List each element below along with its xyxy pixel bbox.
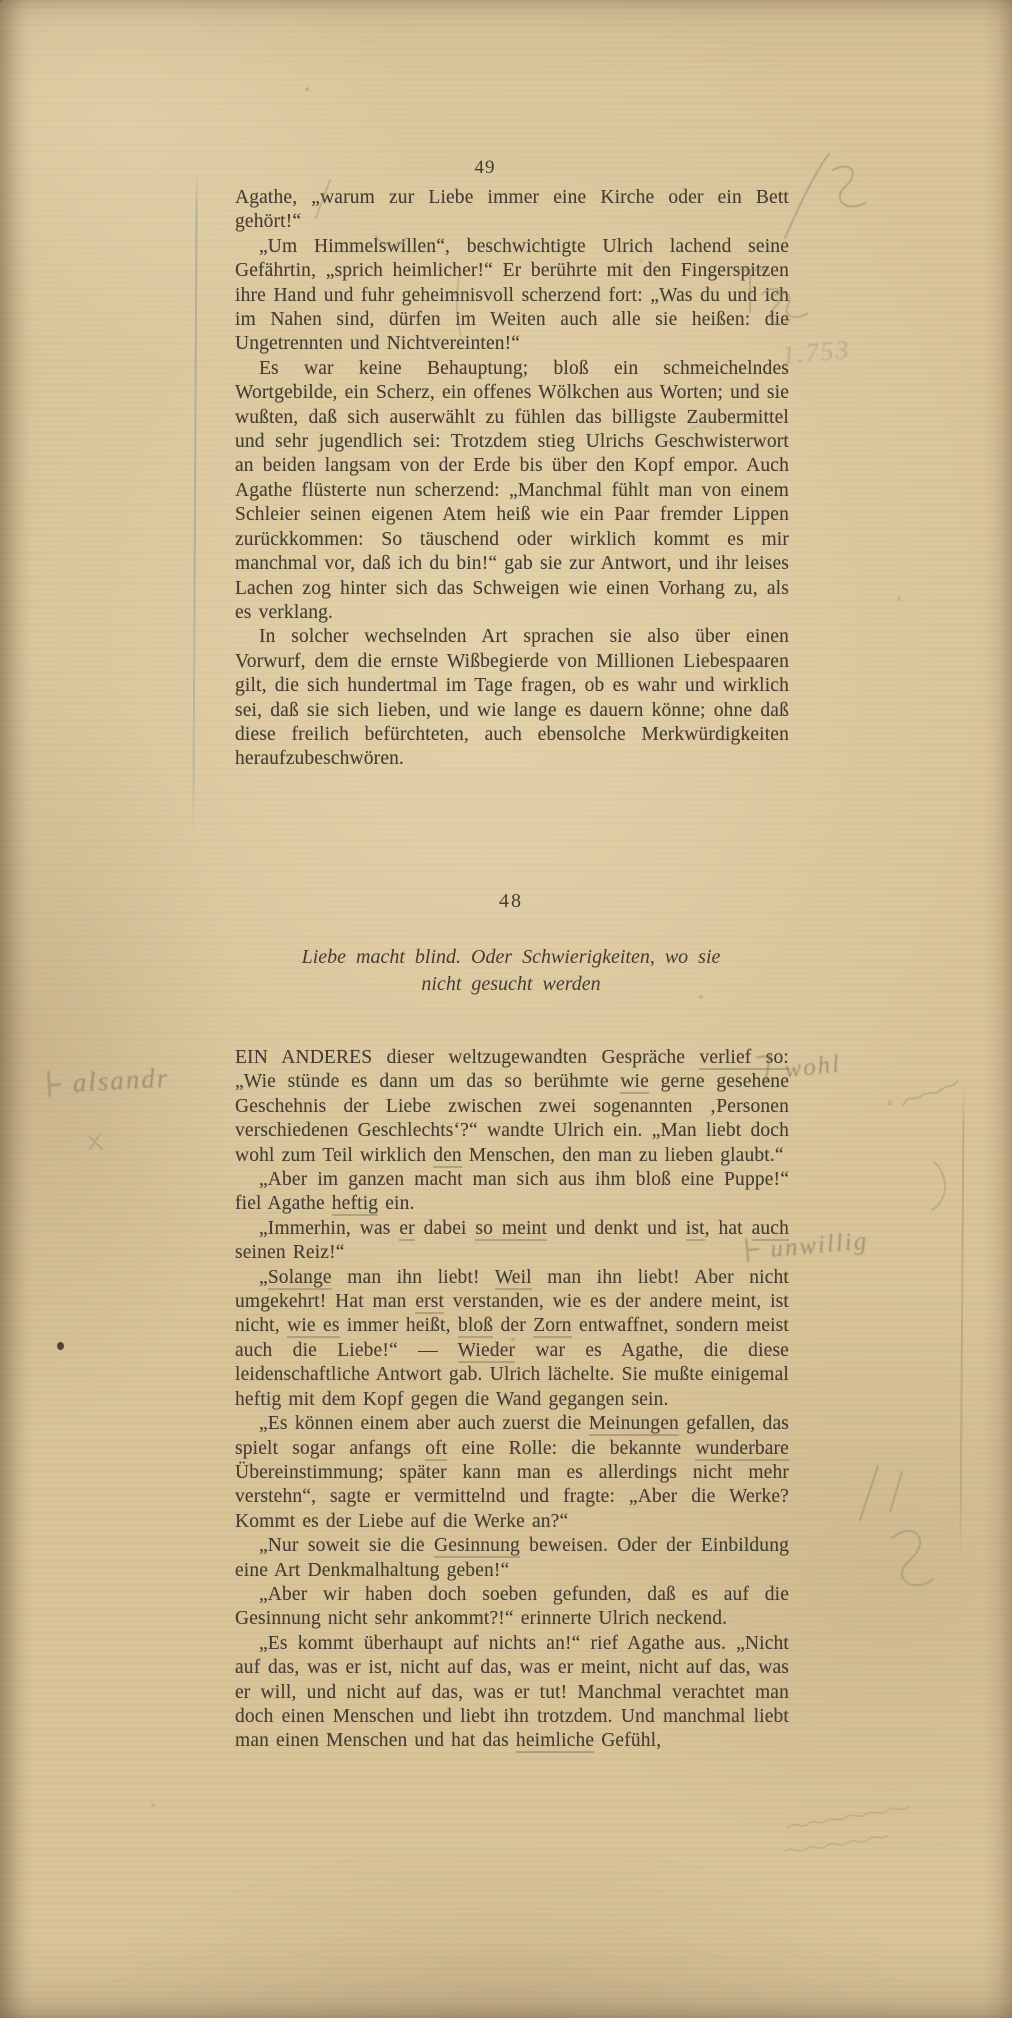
pencil-underline: ist bbox=[686, 1218, 705, 1241]
paragraph: „Nur soweit sie die Gesinnung beweisen. … bbox=[235, 1534, 789, 1583]
paragraph: In solcher wechselnden Art sprachen sie … bbox=[235, 625, 789, 771]
pencil-left-margin-note: alsandr bbox=[43, 1063, 170, 1101]
pencil-faint-dashes bbox=[684, 406, 758, 446]
text-block-chapter: EIN ANDERES dieser weltzugewandten Gespr… bbox=[235, 1046, 789, 1754]
pencil-underline: so meint bbox=[475, 1218, 547, 1241]
pencil-underline: den bbox=[433, 1145, 462, 1168]
pencil-underline: Gesinnung bbox=[434, 1535, 520, 1558]
ink-dot bbox=[57, 1342, 64, 1350]
pencil-underline: er bbox=[399, 1218, 414, 1241]
paragraph: EIN ANDERES dieser weltzugewandten Gespr… bbox=[235, 1046, 789, 1168]
text-run: der bbox=[493, 1315, 533, 1336]
text-run: „Aber im ganzen macht man sich aus ihm b… bbox=[235, 1169, 789, 1214]
pencil-underline: Zorn bbox=[533, 1315, 572, 1338]
pencil-underline: Meinungen bbox=[589, 1413, 679, 1436]
text-run: „Um Himmelswillen“, beschwichtigte Ulric… bbox=[235, 236, 789, 355]
pencil-illegible-note-bottom bbox=[782, 1806, 954, 1878]
text-run: man ihn liebt! bbox=[332, 1267, 495, 1288]
pencil-underline: wie es bbox=[287, 1315, 339, 1338]
pencil-x-mark bbox=[84, 1130, 108, 1154]
text-run: „Immerhin, was bbox=[259, 1218, 399, 1239]
text-run: „ bbox=[259, 1267, 268, 1288]
chapter-number: 48 bbox=[235, 890, 787, 913]
paper-specks bbox=[0, 0, 2, 2]
pencil-underline: wie bbox=[620, 1071, 649, 1094]
pencil-underline: Wieder bbox=[458, 1340, 516, 1363]
pencil-curl-under-gehoert bbox=[372, 230, 410, 252]
pencil-underline: wunderbare bbox=[695, 1438, 789, 1461]
text-run: Es war keine Behauptung; bloß ein schmei… bbox=[235, 358, 789, 623]
text-run: dabei bbox=[415, 1218, 476, 1239]
text-run: Übereinstimmung; später kann man es alle… bbox=[235, 1462, 789, 1532]
text-run: seinen Reiz!“ bbox=[235, 1242, 345, 1263]
page-edge-crease bbox=[959, 1082, 964, 1568]
pencil-underline: Weil bbox=[495, 1267, 532, 1290]
pencil-slash-after-agathe bbox=[312, 176, 334, 222]
chapter-title: Liebe macht blind. Oder Schwierigkeiten,… bbox=[235, 944, 787, 997]
text-run: „Es kommt überhaupt auf nichts an!“ rief… bbox=[235, 1633, 789, 1752]
pencil-unwillig-text: unwillig bbox=[769, 1228, 869, 1263]
paragraph: „Solange man ihn liebt! Weil man ihn lie… bbox=[235, 1266, 789, 1412]
text-block-continuation: Agathe, „warum zur Liebe immer eine Kirc… bbox=[235, 186, 789, 772]
paragraph: „Immerhin, was er dabei so meint und den… bbox=[235, 1217, 789, 1266]
pencil-underline: heftig bbox=[332, 1193, 378, 1216]
pencil-wohl-note: wohl bbox=[754, 1044, 842, 1088]
paragraph: „Es können einem aber auch zuerst die Me… bbox=[235, 1412, 789, 1534]
chapter-title-line-2: nicht gesucht werden bbox=[235, 971, 787, 998]
scanned-book-page: 49 Agathe, „warum zur Liebe immer eine K… bbox=[0, 0, 1012, 2018]
page-number: 49 bbox=[209, 157, 761, 179]
chapter-title-line-1: Liebe macht blind. Oder Schwierigkeiten,… bbox=[235, 944, 787, 971]
text-run: immer heißt, bbox=[340, 1315, 458, 1336]
text-run: EIN ANDERES dieser weltzugewandten Gespr… bbox=[235, 1047, 699, 1068]
text-run: „Es können einem aber auch zuerst die bbox=[259, 1413, 589, 1434]
text-run: ein. bbox=[378, 1193, 414, 1214]
text-run: und denkt und bbox=[547, 1218, 686, 1239]
pencil-underline: Solange bbox=[268, 1267, 332, 1290]
pencil-stroke-icon bbox=[43, 1068, 63, 1099]
vertical-margin-line bbox=[192, 170, 197, 838]
text-run: Gefühl, bbox=[594, 1730, 661, 1751]
paragraph: „Es kommt überhaupt auf nichts an!“ rief… bbox=[235, 1632, 789, 1754]
pencil-number-text: 1.753 bbox=[781, 335, 852, 370]
pencil-underline: oft bbox=[425, 1438, 447, 1461]
pencil-underline: bloß bbox=[458, 1315, 493, 1338]
text-run: In solcher wechselnden Art sprachen sie … bbox=[235, 626, 789, 769]
text-run: Menschen, den man zu lieben glaubt.“ bbox=[462, 1145, 784, 1166]
pencil-stroke-icon bbox=[754, 1051, 775, 1087]
paragraph: „Aber im ganzen macht man sich aus ihm b… bbox=[235, 1168, 789, 1217]
pencil-left-margin-text: alsandr bbox=[72, 1063, 170, 1098]
text-run: „Aber wir haben doch soeben gefunden, da… bbox=[235, 1584, 789, 1629]
text-run: eine Rolle: die bekannte bbox=[447, 1438, 695, 1459]
pencil-squiggle-bracket bbox=[728, 256, 798, 340]
paragraph: „Aber wir haben doch soeben gefunden, da… bbox=[235, 1583, 789, 1632]
pencil-wohl-text: wohl bbox=[783, 1051, 842, 1084]
paragraph: Es war keine Behauptung; bloß ein schmei… bbox=[235, 357, 789, 625]
text-run: „Wie stünde es dann um das so berühmte bbox=[235, 1071, 620, 1092]
paragraph: „Um Himmelswillen“, beschwichtigte Ulric… bbox=[235, 235, 789, 357]
pencil-underline: heimliche bbox=[516, 1730, 594, 1753]
pencil-paren-mark bbox=[928, 1156, 958, 1218]
pencil-stroke-icon bbox=[741, 1234, 762, 1265]
pencil-f-stroke bbox=[448, 272, 472, 340]
pencil-slash-eight-mark bbox=[848, 1458, 948, 1590]
pencil-underline: erst bbox=[415, 1291, 444, 1314]
text-run: „Nur soweit sie die bbox=[259, 1535, 434, 1556]
pencil-number-note: 1.753 bbox=[781, 335, 852, 371]
